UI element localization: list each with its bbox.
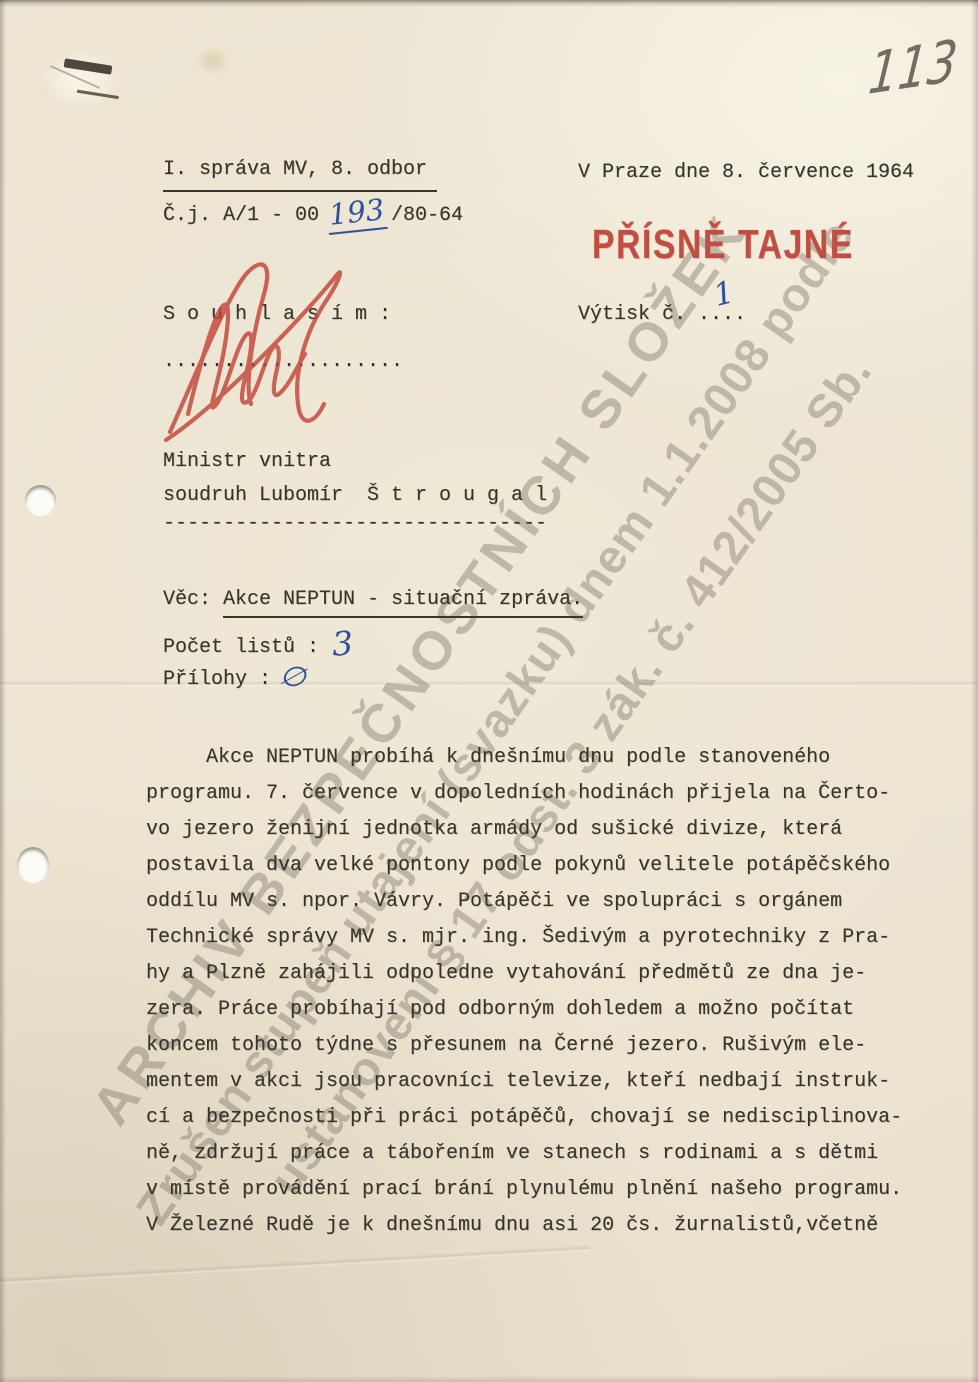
- place-date-line: V Praze dne 8. července 1964: [578, 161, 914, 185]
- punch-hole-top: [25, 485, 56, 516]
- paper-stain: [196, 46, 230, 76]
- reference-label: Č.j. A/1 - 00: [163, 204, 319, 228]
- staple-icon: [64, 58, 113, 74]
- body-line: v místě provádění prací brání plynulému …: [146, 1172, 916, 1208]
- body-line: zera. Práce probíhají pod odborným dohle…: [146, 992, 916, 1028]
- reference-suffix: /80-64: [391, 204, 463, 228]
- body-line: Akce NEPTUN probíhá k dnešnímu dnu podle…: [146, 740, 916, 776]
- body-line: cí a bezpečnosti při práci potápěčů, cho…: [146, 1100, 916, 1136]
- classification-stamp: PŘÍSNĚ TAJNÉ: [592, 221, 854, 268]
- body-line: Technické správy MV s. mjr. ing. Šedivým…: [146, 920, 916, 956]
- body-line: koncem tohoto týdne s přesunem na Černé …: [146, 1028, 916, 1064]
- body-line: hy a Plzně zahájili odpoledne vytahování…: [146, 956, 916, 992]
- attachments-line: Přílohy :: [163, 668, 283, 692]
- body-line: V Železné Rudě je k dnešnímu dnu asi 20 …: [146, 1208, 916, 1244]
- signature-scribble: [156, 254, 361, 449]
- body-line: vo jezero ženijní jednotka armády od suš…: [146, 812, 916, 848]
- staple-tear-mark: [42, 48, 128, 126]
- body-line: programu. 7. července v dopoledních hodi…: [146, 776, 916, 812]
- fold-crease-bottom: [0, 1245, 590, 1287]
- department-line: I. správa MV, 8. odbor: [163, 158, 437, 192]
- report-body-text: Akce NEPTUN probíhá k dnešnímu dnu podle…: [146, 740, 916, 1244]
- body-line: ně, zdržují práce a tábořením ve stanech…: [146, 1136, 916, 1172]
- scanned-document-page: ARCHIV BEZPEČNOSTNÍCH SLOŽEK Zrušen stup…: [0, 0, 978, 1382]
- fold-crease-middle: [0, 681, 978, 687]
- reference-number-handwritten: 193: [325, 192, 388, 235]
- punch-hole-bottom: [17, 847, 49, 883]
- body-line: mentem v akci jsou pracovníci televize, …: [146, 1064, 916, 1100]
- sheet-count-line: Počet listů :: [163, 636, 331, 660]
- sheet-count-handwritten: 3: [331, 623, 355, 663]
- subject-label: Věc:: [163, 588, 223, 611]
- subject-value: Akce NEPTUN - situační zpráva.: [223, 588, 583, 618]
- body-line: oddílu MV s. npor. Vávry. Potápěči ve sp…: [146, 884, 916, 920]
- minister-dashed-line: --------------------------------: [163, 512, 547, 536]
- minister-title: Ministr vnitra: [163, 450, 331, 474]
- attachments-value-handwritten: ∅: [276, 656, 309, 695]
- body-line: postavila dva velké pontony podle pokynů…: [146, 848, 916, 884]
- minister-name: soudruh Lubomír Š t r o u g a l: [163, 484, 547, 508]
- subject-line: Věc: Akce NEPTUN - situační zpráva.: [163, 588, 583, 612]
- reference-number-line: Č.j. A/1 - 00/80-64: [163, 204, 463, 228]
- page-number-pencil: 113: [866, 27, 960, 108]
